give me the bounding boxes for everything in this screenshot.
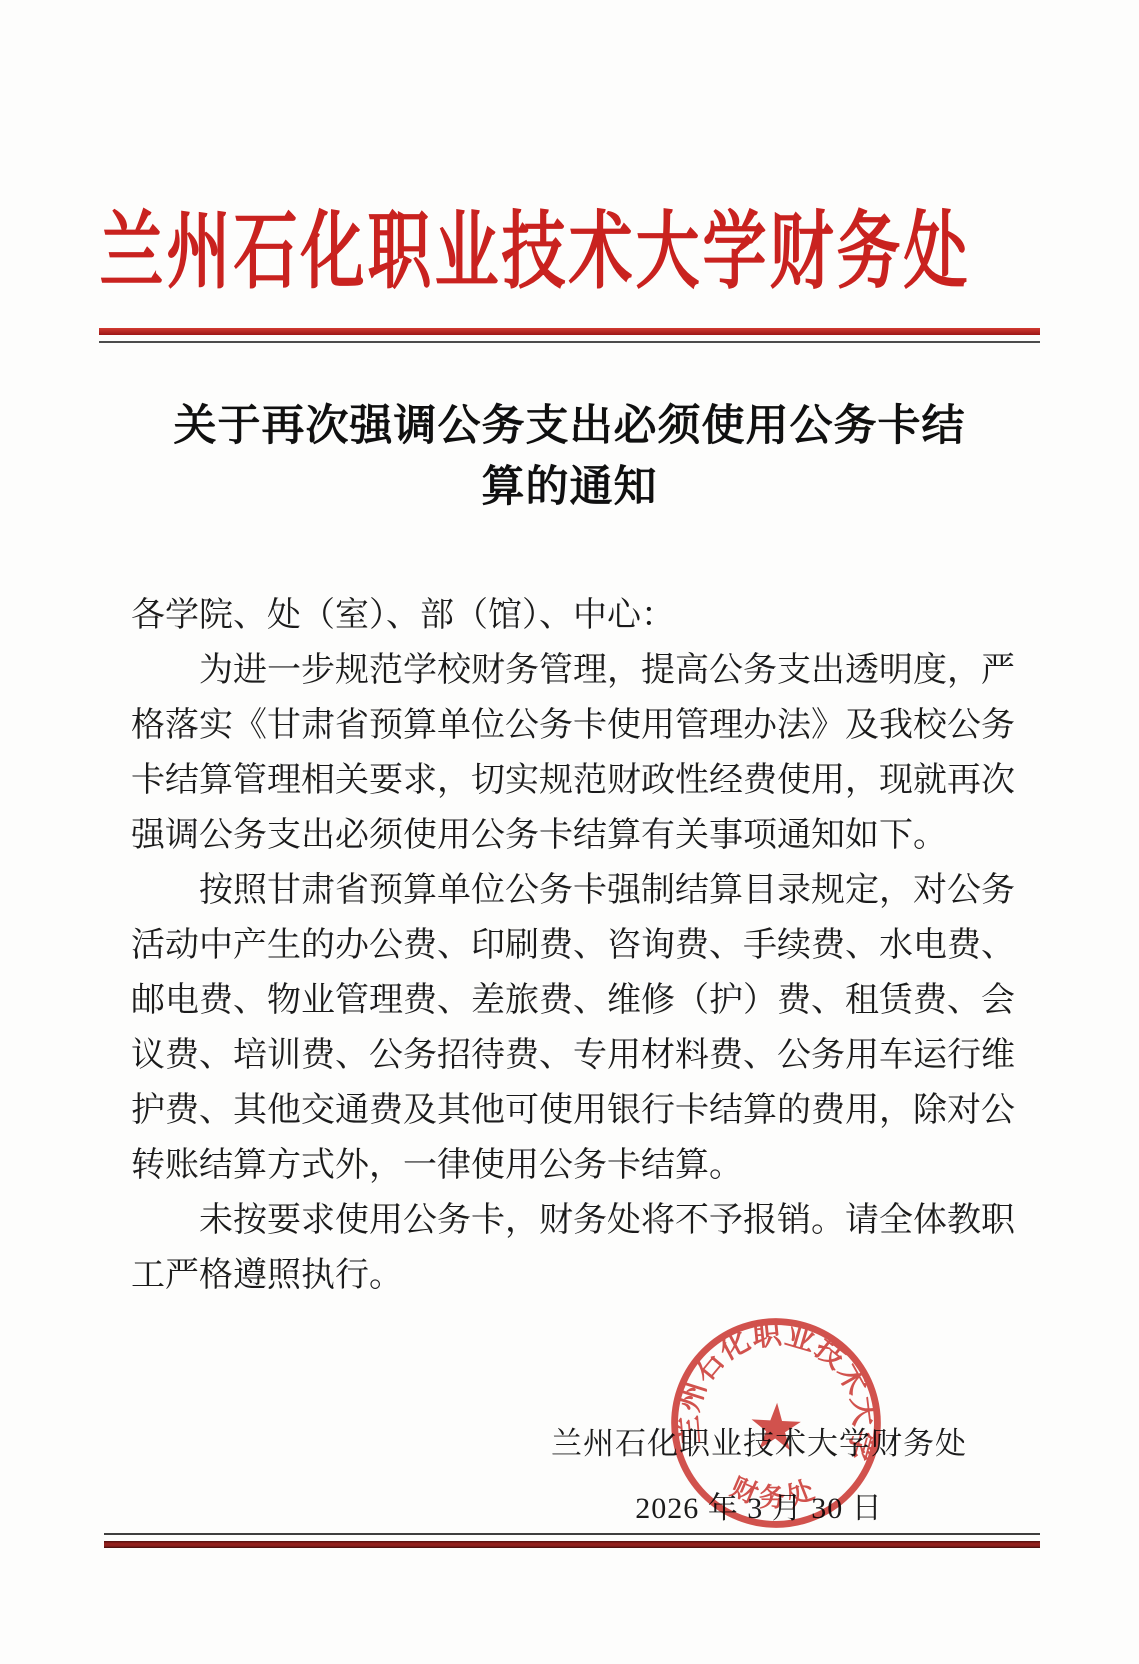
document-body: 各学院、处（室）、部（馆）、中心： 为进一步规范学校财务管理，提高公务支出透明度… [131, 588, 1015, 1303]
signature-unit: 兰州石化职业技术大学财务处 [551, 1418, 967, 1463]
document-title: 关于再次强调公务支出必须使用公务卡结 算的通知 [0, 396, 1139, 518]
signature-block: 兰州石化职业技术大学财务处 2026 年 3 月 30 日 [551, 1418, 967, 1527]
letterhead-title: 兰州石化职业技术大学财务处 [0, 184, 1070, 305]
footer-rule-red [104, 1541, 1040, 1548]
signature-date: 2026 年 3 月 30 日 [551, 1483, 967, 1527]
body-paragraph: 未按要求使用公务卡，财务处将不予报销。请全体教职工严格遵照执行。 [131, 1193, 1015, 1303]
body-paragraph: 为进一步规范学校财务管理，提高公务支出透明度，严格落实《甘肃省预算单位公务卡使用… [131, 643, 1015, 863]
scanned-notice-page: 兰州石化职业技术大学财务处 关于再次强调公务支出必须使用公务卡结 算的通知 各学… [0, 0, 1139, 1664]
letterhead-rule-thin [99, 341, 1040, 343]
document-title-line1: 关于再次强调公务支出必须使用公务卡结 [0, 396, 1139, 457]
footer-rule-thin [104, 1533, 1040, 1535]
letterhead-rule-red [99, 328, 1040, 335]
salutation: 各学院、处（室）、部（馆）、中心： [131, 588, 1015, 643]
document-title-line2: 算的通知 [0, 457, 1139, 518]
body-paragraph: 按照甘肃省预算单位公务卡强制结算目录规定，对公务活动中产生的办公费、印刷费、咨询… [131, 863, 1015, 1193]
